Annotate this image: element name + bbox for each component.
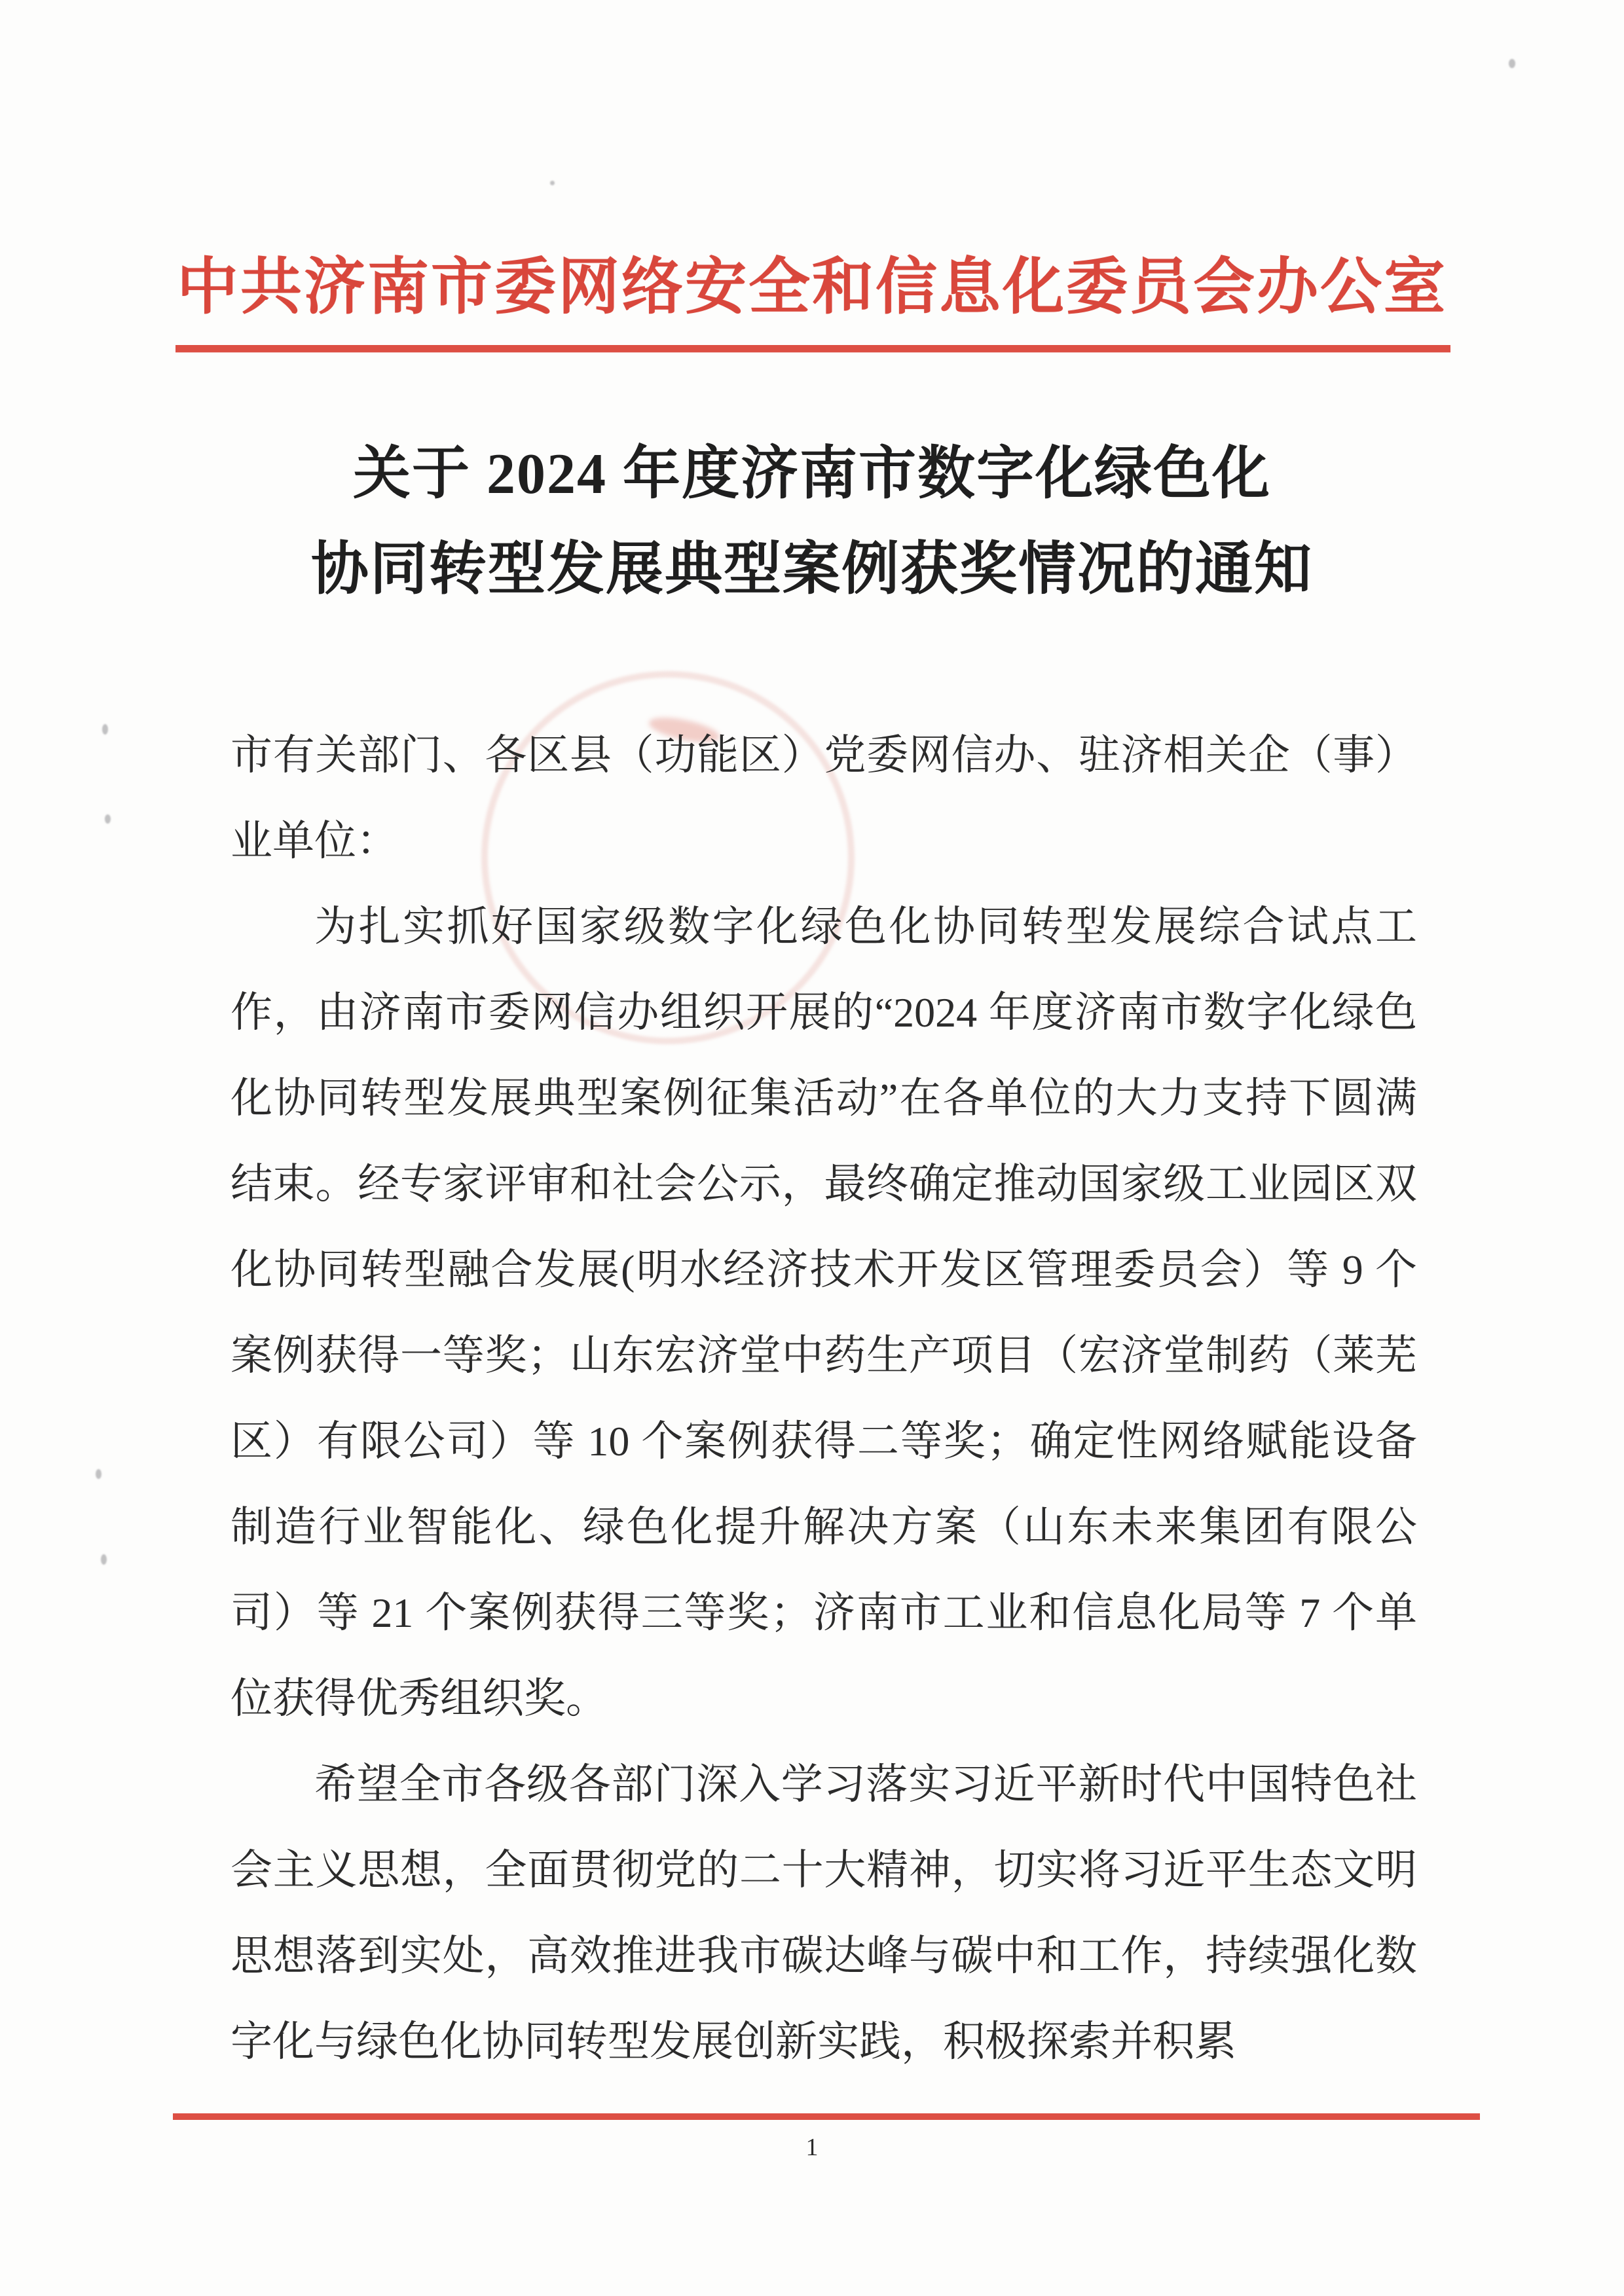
page-number: 1 — [0, 2133, 1624, 2162]
footer-divider-line — [173, 2113, 1480, 2120]
scan-artifact — [102, 724, 108, 735]
document-title-line-2: 协同转型发展典型案例获奖情况的通知 — [0, 522, 1624, 618]
document-title-line-1: 关于 2024 年度济南市数字化绿色化 — [0, 427, 1624, 522]
scan-artifact — [105, 814, 111, 824]
scan-artifact — [550, 181, 555, 185]
scan-artifact — [96, 1469, 101, 1479]
body-paragraph-2: 希望全市各级各部门深入学习落实习近平新时代中国特色社会主义思想，全面贯彻党的二十… — [231, 1741, 1417, 2085]
salutation-line: 市有关部门、各区县（功能区）党委网信办、驻济相关企（事）业单位： — [231, 712, 1417, 884]
body-paragraph-1: 为扎实抓好国家级数字化绿色化协同转型发展综合试点工作，由济南市委网信办组织开展的… — [231, 884, 1417, 1741]
scan-artifact — [1509, 59, 1515, 68]
document-body: 市有关部门、各区县（功能区）党委网信办、驻济相关企（事）业单位： 为扎实抓好国家… — [231, 712, 1417, 2085]
letterhead-divider-line — [175, 345, 1450, 352]
document-page: 中共济南市委网络安全和信息化委员会办公室 关于 2024 年度济南市数字化绿色化… — [0, 0, 1624, 2296]
document-title: 关于 2024 年度济南市数字化绿色化 协同转型发展典型案例获奖情况的通知 — [0, 427, 1624, 618]
letterhead-org-name: 中共济南市委网络安全和信息化委员会办公室 — [0, 237, 1624, 325]
scan-artifact — [101, 1554, 107, 1565]
